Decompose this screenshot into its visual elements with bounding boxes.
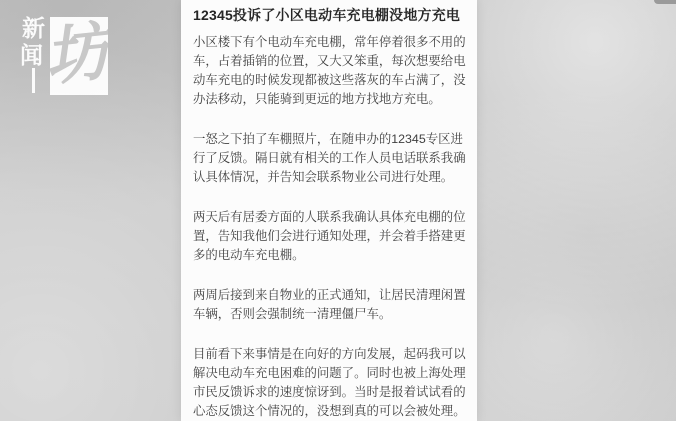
paragraph-line: 动车充电的时候发现都被这些落灰的车占满了，没	[193, 71, 465, 90]
paragraph-line: 车，占着插销的位置，又大又笨重，每次想要给电	[193, 52, 465, 71]
paragraph-line: 车辆，否则会强制统一清理僵尸车。	[193, 305, 465, 324]
logo-char-fang: 坊	[50, 17, 108, 95]
paragraph-line: 市民反馈诉求的速度惊讶到。当时是报着试试看的	[193, 383, 465, 402]
paragraph-line: 目前看下来事情是在向好的方向发展，起码我可以	[193, 345, 465, 364]
article-paragraph-4: 两周后接到来自物业的正式通知，让居民清理闲置 车辆，否则会强制统一清理僵尸车。	[193, 286, 465, 324]
paragraph-line: 解决电动车充电困难的问题了。同时也被上海处理	[193, 364, 465, 383]
article-paragraph-2: 一怒之下拍了车棚照片，在随申办的12345专区进 行了反馈。隔日就有相关的工作人…	[193, 130, 465, 187]
article-paragraph-1: 小区楼下有个电动车充电棚，常年停着很多不用的 车，占着插销的位置，又大又笨重，每…	[193, 33, 465, 109]
paragraph-line: 置，告知我他们会进行通知处理，并会着手搭建更	[193, 227, 465, 246]
paragraph-line: 心态反馈这个情况的，没想到真的可以会被处理。	[193, 402, 465, 421]
paragraph-line: 办法移动，只能骑到更远的地方找地方充电。	[193, 90, 465, 109]
video-frame-background: 新 闻 坊 12345投诉了小区电动车充电棚没地方充电 小区楼下有个电动车充电棚…	[0, 0, 676, 421]
paragraph-line: 行了反馈。隔日就有相关的工作人员电话联系我确	[193, 149, 465, 168]
xinwenfang-logo: 新 闻 坊	[20, 15, 112, 99]
paragraph-line: 两周后接到来自物业的正式通知，让居民清理闲置	[193, 286, 465, 305]
paragraph-line: 认具体情况，并告知会联系物业公司进行处理。	[193, 168, 465, 187]
top-right-ui-fragment	[654, 0, 676, 4]
paragraph-line: 小区楼下有个电动车充电棚，常年停着很多不用的	[193, 33, 465, 52]
paragraph-line: 两天后有居委方面的人联系我确认具体充电棚的位	[193, 208, 465, 227]
paragraph-line: 多的电动车充电棚。	[193, 246, 465, 265]
logo-vertical-line	[32, 68, 35, 93]
article-panel: 12345投诉了小区电动车充电棚没地方充电 小区楼下有个电动车充电棚，常年停着很…	[181, 0, 477, 421]
logo-script-box: 坊	[50, 17, 108, 95]
article-paragraph-5: 目前看下来事情是在向好的方向发展，起码我可以 解决电动车充电困难的问题了。同时也…	[193, 345, 465, 421]
article-title: 12345投诉了小区电动车充电棚没地方充电	[193, 6, 465, 24]
paragraph-line: 一怒之下拍了车棚照片，在随申办的12345专区进	[193, 130, 465, 149]
article-paragraph-3: 两天后有居委方面的人联系我确认具体充电棚的位 置，告知我他们会进行通知处理，并会…	[193, 208, 465, 265]
logo-char-wen: 闻	[20, 43, 43, 67]
logo-char-xin: 新	[22, 16, 45, 40]
